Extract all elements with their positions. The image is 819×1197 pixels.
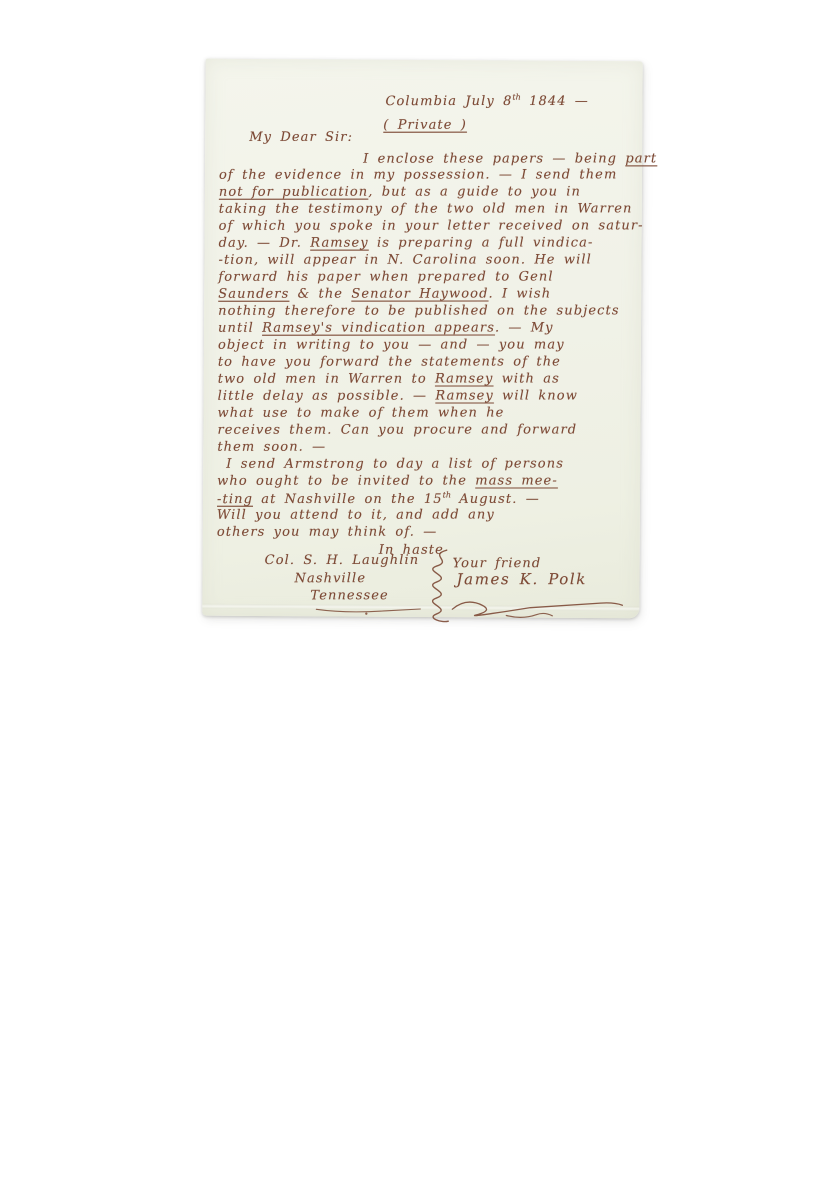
letter-line: -tion, will appear in N. Carolina soon. … (218, 252, 591, 267)
letter-line: day. — Dr. Ramsey is preparing a full vi… (219, 235, 594, 250)
letter-body: I enclose these papers — being partof th… (202, 59, 642, 619)
letter-line: I send Armstrong to day a list of person… (226, 457, 564, 472)
letter-line: what use to make of them when he (218, 405, 505, 420)
signature-flourish-icon (448, 591, 638, 622)
closing-your-friend: Your friend (453, 556, 542, 571)
letter-line: of which you spoke in your letter receiv… (219, 218, 644, 233)
letter-line: them soon. — (217, 440, 326, 455)
letter-line: receives them. Can you procure and forwa… (217, 422, 577, 437)
letter-line: until Ramsey's vindication appears. — My (218, 320, 554, 335)
letter-line: Saunders & the Senator Haywood. I wish (218, 286, 551, 301)
signature: James K. Polk (457, 570, 587, 588)
letter-line: nothing therefore to be published on the… (218, 303, 619, 318)
letter-line: forward his paper when prepared to Genl (218, 269, 553, 284)
address-recipient: Col. S. H. Laughlin (265, 553, 420, 568)
letter-line: -ting at Nashville on the 15th August. — (217, 490, 540, 507)
letter-line: Will you attend to it, and add any (217, 508, 495, 523)
letter-line: object in writing to you — and — you may (218, 337, 565, 352)
letter-line: little delay as possible. — Ramsey will … (218, 388, 578, 403)
address-underline-icon (314, 605, 424, 616)
letter-line: not for publication, but as a guide to y… (219, 184, 581, 199)
address-brace-icon (426, 547, 454, 627)
letter-line: who ought to be invited to the mass mee- (217, 473, 558, 488)
letter-line: taking the testimony of the two old men … (219, 201, 633, 216)
letter-line: of the evidence in my possession. — I se… (219, 167, 617, 182)
page-background: { "letter": { "paper_color": "#f1f2e8", … (0, 0, 819, 1197)
address-state: Tennessee (310, 588, 388, 603)
letter-line: others you may think of. — (217, 525, 438, 540)
letter-line: to have you forward the statements of th… (218, 354, 561, 369)
letter-line: two old men in Warren to Ramsey with as (218, 371, 560, 386)
letter-line: I enclose these papers — being part (363, 151, 657, 166)
address-city: Nashville (295, 571, 367, 586)
letter-paper: Columbia July 8th 1844 — ( Private ) My … (202, 59, 642, 619)
